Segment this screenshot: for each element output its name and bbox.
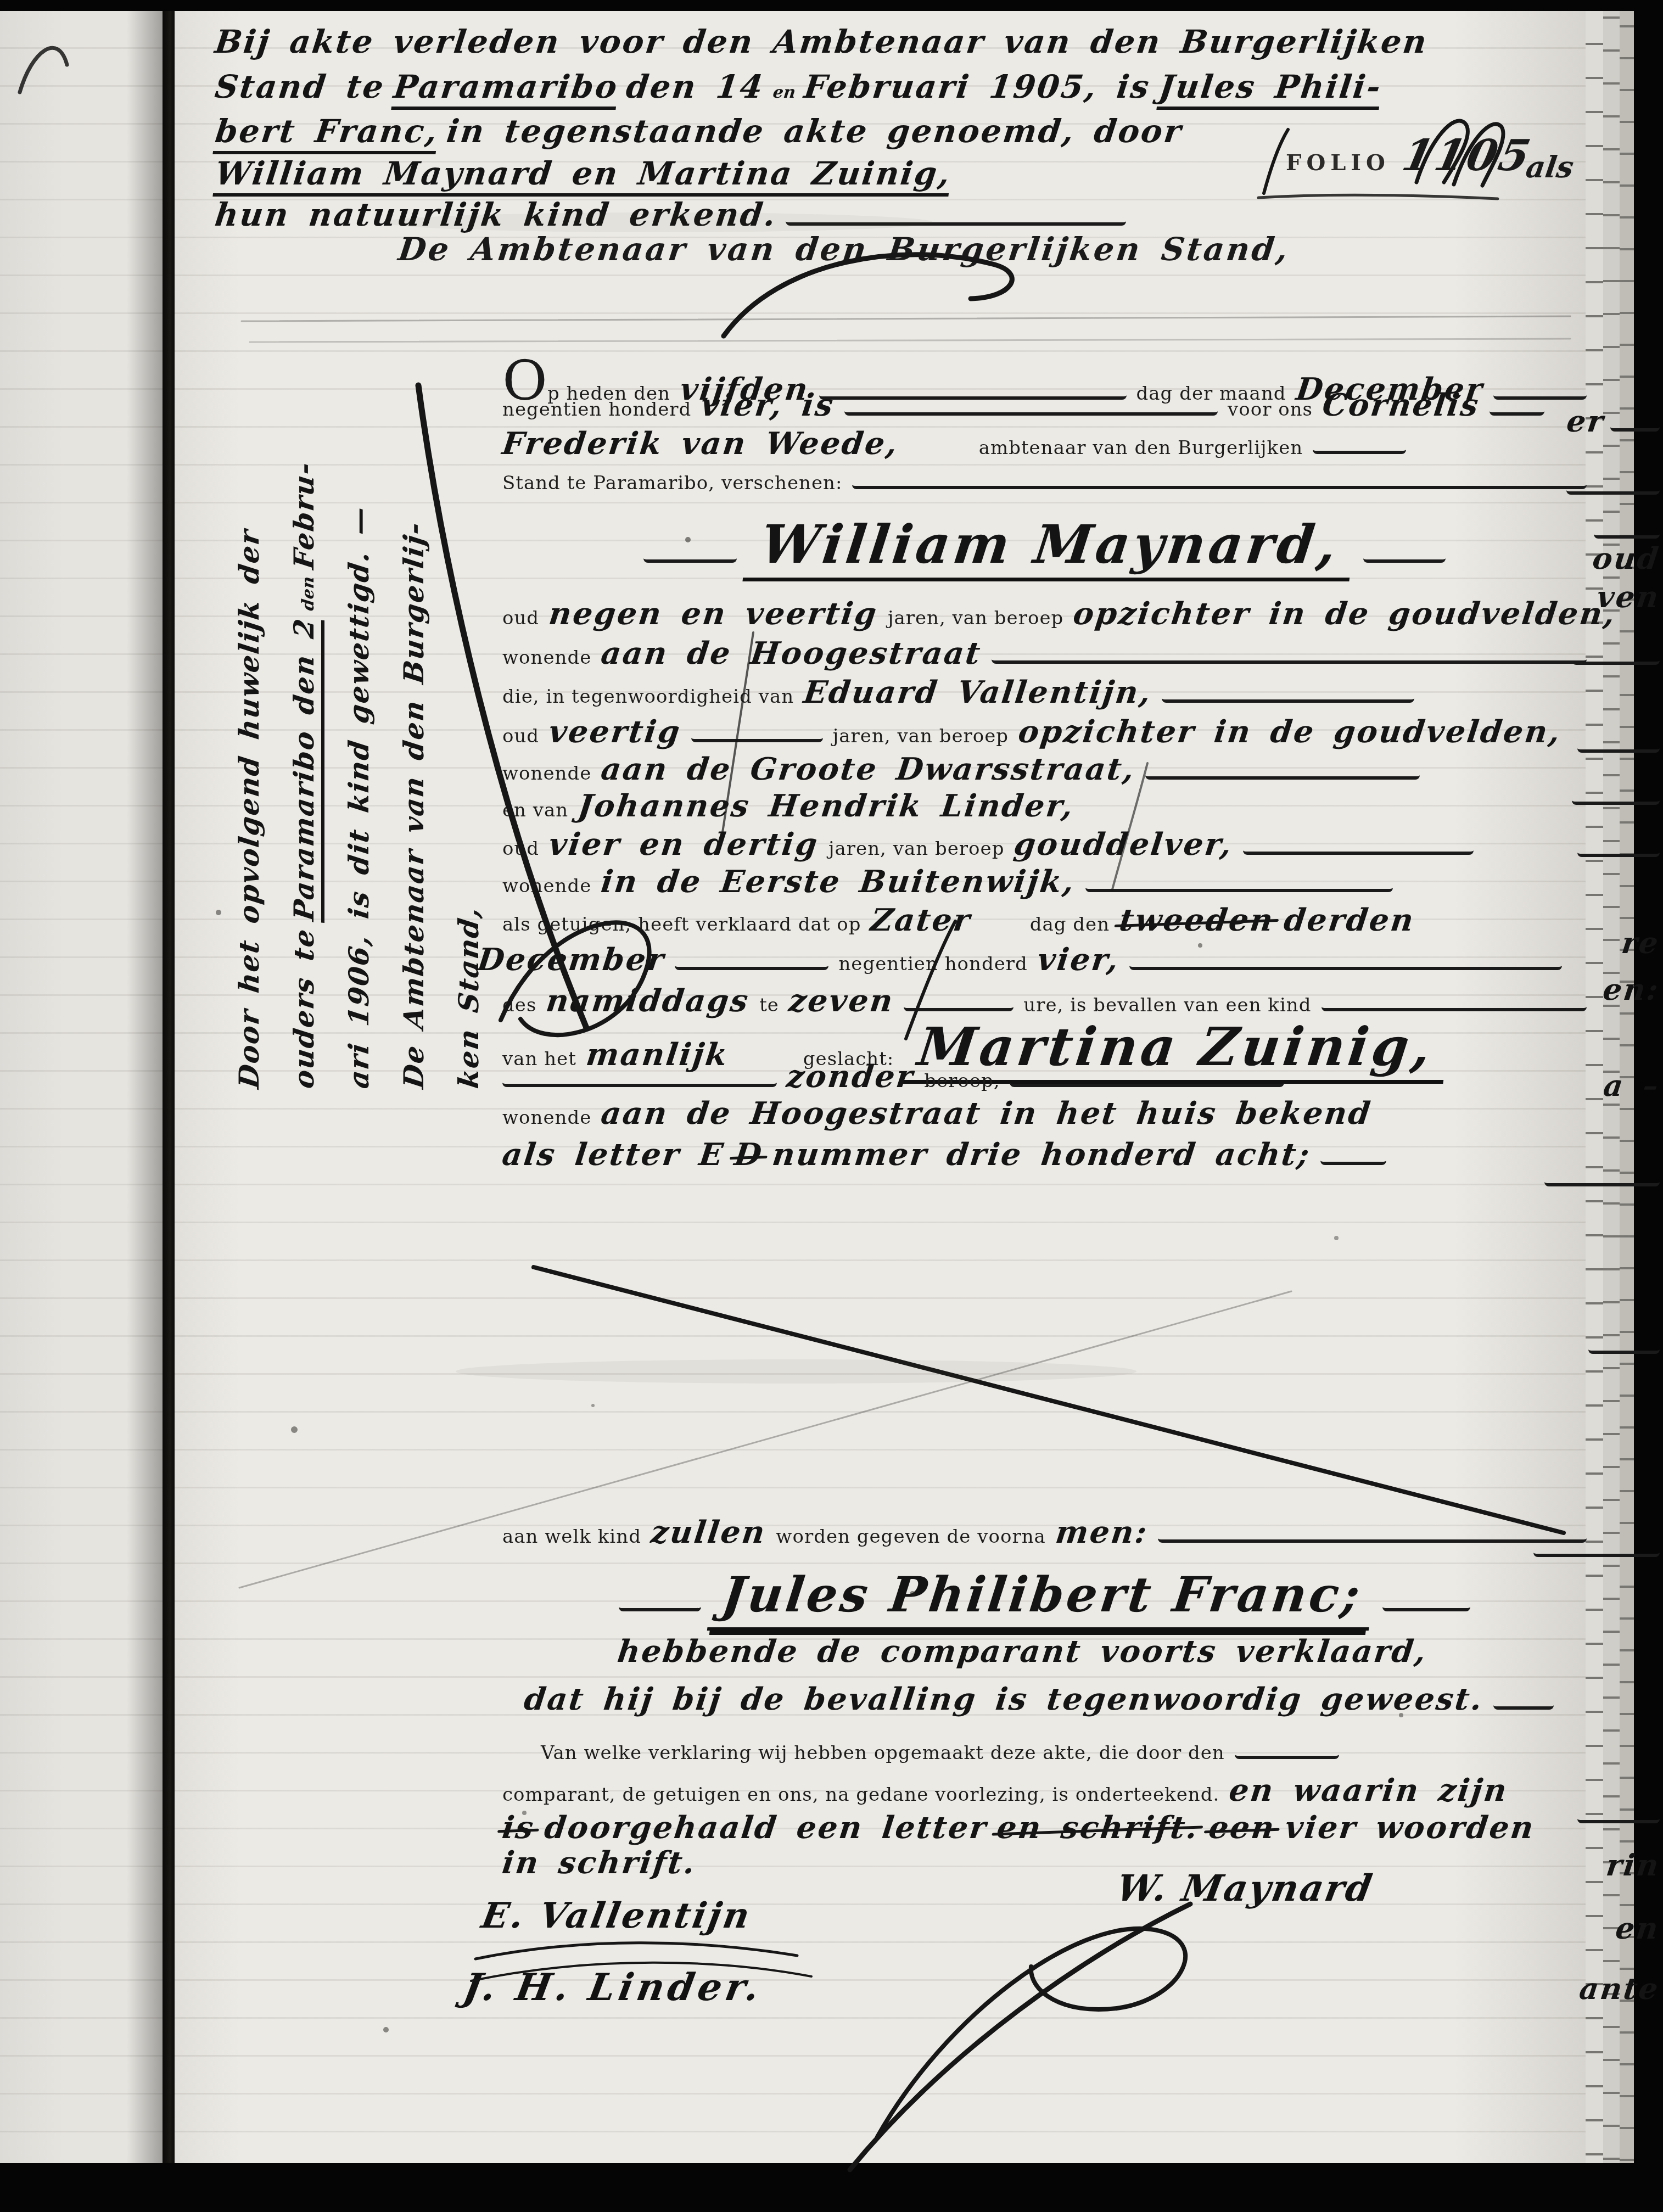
- printed-text: en van: [502, 799, 568, 821]
- handwritten-text: De Ambtenaar van den Burgerlij-: [397, 520, 430, 1090]
- spacer: [982, 926, 1020, 931]
- handwritten-text: zeven: [787, 983, 896, 1019]
- margin-note-line: De Ambtenaar van den Burgerlij-: [397, 358, 452, 1088]
- act-line: isdoorgehaald een letteren schrift.eenvi…: [502, 1810, 1587, 1846]
- previous-page-fragment: [1577, 832, 1660, 857]
- ink-rule: [643, 537, 737, 563]
- act-line: Stand te Paramaribo, verschenen:: [502, 464, 1587, 494]
- ink-rule: [1320, 1140, 1386, 1165]
- printed-text: ambtenaar van den Burgerlijken: [979, 437, 1303, 459]
- officiant-title-line: De Ambtenaar van den Burgerlijken Stand,: [396, 231, 1292, 268]
- handwritten-text: ante: [1578, 1971, 1662, 2006]
- ink-rule: [691, 717, 823, 742]
- previous-page-fragment: en: [1616, 1911, 1660, 1946]
- previous-page-fragment: [1577, 1798, 1660, 1823]
- handwritten-text: en:: [1602, 972, 1662, 1007]
- ink-rule: [1610, 406, 1660, 432]
- handwritten-text: Bij akte verleden voor den Ambtenaar van…: [213, 23, 1430, 60]
- act-line: negentien honderdvier, isvoor onsCorneli…: [502, 387, 1587, 423]
- act-line: oudnegen en veertigjaren, van beroepopzi…: [502, 596, 1587, 632]
- act-line: als getuigen, heeft verklaard dat opZate…: [502, 902, 1587, 938]
- handwritten-text: Februari 1905, is: [802, 68, 1152, 105]
- handwritten-text: aan de Hoogestraat in het huis bekend: [599, 1095, 1374, 1132]
- ink-rule: [619, 1586, 701, 1611]
- handwritten-text: William Maynard en Martina Zuinig,: [212, 155, 953, 197]
- previous-page-fragment: rin: [1606, 1847, 1660, 1883]
- act-line: Jules Philibert Franc;: [502, 1566, 1587, 1631]
- printed-text: wonende: [502, 647, 591, 669]
- handwritten-text: opzichter in de goudvelden,: [1071, 596, 1619, 632]
- previous-page-fragment: ante: [1580, 1971, 1660, 2006]
- handwritten-text: re: [1620, 925, 1662, 960]
- act-line: desnamiddagstezevenure, is bevallen van …: [502, 983, 1587, 1019]
- printed-text: negentien honderd: [502, 399, 691, 421]
- handwritten-text: aan de Groote Dwarsstraat,: [599, 751, 1138, 787]
- ink-rule: [675, 945, 828, 970]
- handwritten-text: vier en dertig: [547, 826, 821, 863]
- signature-linder: J. H. Linder.: [460, 1965, 766, 2009]
- margin-note-line: Door het opvolgend huwelijk der: [233, 358, 288, 1088]
- act-line: Decembernegentien honderdvier,: [478, 942, 1562, 978]
- handwritten-text: vier,: [1035, 942, 1122, 978]
- act-line: wonendeaan de Hoogestraat: [502, 635, 1587, 671]
- handwritten-text: en: [1614, 1911, 1661, 1946]
- spacer: [909, 450, 969, 454]
- handwritten-text: is: [500, 1810, 537, 1846]
- legitimation-margin-note: Door het opvolgend huwelijk derouders te…: [233, 358, 507, 1088]
- act-line: wonendeaan de Groote Dwarsstraat,: [502, 751, 1587, 787]
- ink-rule: [992, 639, 1587, 664]
- act-line: zonderberoep,: [502, 1059, 1587, 1095]
- handwritten-text: den: [299, 575, 318, 612]
- previous-page-fragment: [1588, 1329, 1660, 1354]
- printed-text: voor ons: [1228, 399, 1313, 421]
- handwritten-text: hun natuurlijk kind erkend.: [213, 196, 780, 233]
- handwritten-text: gouddelver,: [1012, 826, 1235, 863]
- printed-text: Stand te Paramaribo, verschenen:: [502, 472, 842, 494]
- handwritten-text: derden: [1282, 902, 1417, 938]
- printed-text: aan welk kind: [502, 1526, 641, 1548]
- signature-vallentijn: E. Vallentijn: [478, 1895, 754, 1936]
- handwritten-text: negen en veertig: [547, 596, 880, 632]
- handwritten-text: zonder: [785, 1059, 916, 1095]
- ink-rule: [844, 390, 1218, 416]
- handwritten-text: tweeden: [1117, 902, 1276, 938]
- handwritten-text: Eduard Vallentijn,: [802, 674, 1154, 710]
- handwritten-text: als letter E: [500, 1136, 727, 1173]
- printed-text: oud: [502, 607, 539, 629]
- printed-text: oud: [502, 838, 539, 860]
- printed-text: jaren, van beroep: [833, 725, 1009, 747]
- previous-page-fragment: [1594, 513, 1660, 539]
- ink-rule: [1577, 1798, 1660, 1823]
- act-line: Frederik van Weede,ambtenaar van den Bur…: [502, 425, 1587, 462]
- handwritten-text: men:: [1054, 1514, 1150, 1550]
- handwritten-text: den 14: [624, 68, 766, 105]
- handwritten-text: opzichter in de goudvelden,: [1016, 714, 1564, 750]
- tn-line: Stand teParamariboden 14enFebruari 1905,…: [215, 68, 1445, 110]
- handwritten-text: hebbende de comparant voorts verklaard,: [615, 1633, 1430, 1670]
- ink-rule: [502, 1062, 777, 1087]
- ink-rule: [1363, 537, 1446, 563]
- handwritten-text: Frederik van Weede,: [500, 425, 901, 462]
- printed-text: die, in tegenwoordigheid van: [502, 686, 794, 708]
- previous-page-fragment: [1577, 727, 1660, 753]
- handwritten-text: aan de Hoogestraat: [599, 635, 984, 671]
- margin-note-line: ken Stand,: [452, 358, 507, 1088]
- act-line: Van welke verklaring wij hebben opgemaak…: [541, 1734, 1625, 1764]
- ink-rule: [1588, 1329, 1660, 1354]
- printed-text: wonende: [502, 763, 591, 785]
- printed-text: jaren, van beroep: [888, 607, 1063, 629]
- handwritten-text: Cornelis: [1320, 387, 1482, 423]
- printed-text: te: [759, 994, 779, 1016]
- ink-rule: [786, 200, 1126, 226]
- ink-rule: [1382, 1586, 1470, 1611]
- printed-text: wonende: [502, 1107, 591, 1129]
- handwritten-text: vier, is: [699, 387, 837, 423]
- handwritten-text: en schrift.: [995, 1810, 1201, 1846]
- previous-page-edge: [0, 11, 163, 2163]
- handwritten-text: in de Eerste Buitenwijk,: [599, 864, 1078, 900]
- handwritten-text: bert Franc,: [212, 113, 440, 154]
- ink-rule: [1322, 986, 1587, 1011]
- handwritten-text: Zater: [869, 902, 973, 938]
- ink-rule: [1577, 727, 1660, 753]
- ink-rule: [1145, 754, 1420, 780]
- previous-page-fragment: oud: [1593, 541, 1660, 576]
- folio-number: 1105: [1398, 131, 1536, 181]
- act-line: William Maynard,: [502, 513, 1587, 581]
- handwritten-text: D: [732, 1136, 765, 1173]
- act-line: in schrift.: [502, 1845, 1587, 1881]
- act-line: comparant, de getuigen en ons, na gedane…: [502, 1772, 1587, 1808]
- handwritten-text: rin: [1604, 1847, 1662, 1883]
- ink-rule: [1158, 1517, 1587, 1543]
- printed-text: negentien honderd: [838, 953, 1027, 975]
- folio-stamp-label: FOLIO: [1286, 150, 1390, 176]
- printed-text: des: [502, 994, 536, 1016]
- handwritten-text: Johannes Hendrik Linder,: [576, 788, 1077, 824]
- act-line: wonendein de Eerste Buitenwijk,: [502, 864, 1587, 900]
- act-line: oudvier en dertigjaren, van beroepgoudde…: [502, 826, 1587, 863]
- act-line: aan welk kindzullenworden gegeven de voo…: [502, 1514, 1587, 1550]
- handwritten-text: veertig: [547, 714, 684, 750]
- act-line: hebbende de comparant voorts verklaard,: [618, 1633, 1663, 1670]
- printed-text: oud: [502, 725, 539, 747]
- handwritten-text: namiddags: [544, 983, 752, 1019]
- ink-rule: [852, 464, 1587, 489]
- handwritten-text: William Maynard,: [743, 513, 1358, 581]
- signature-maynard: W. Maynard: [1113, 1867, 1376, 1909]
- handwritten-text: zullen: [649, 1514, 769, 1550]
- act-line: en vanJohannes Hendrik Linder,: [502, 788, 1587, 824]
- tn-line: William Maynard en Martina Zuinig,: [215, 155, 1445, 197]
- handwritten-text: ken Stand,: [452, 905, 485, 1090]
- handwritten-text: Paramaribo den 2: [288, 616, 324, 923]
- handwritten-text: Paramaribo: [391, 68, 620, 110]
- tn-line: Bij akte verleden voor den Ambtenaar van…: [215, 23, 1445, 60]
- act-line: wonendeaan de Hoogestraat in het huis be…: [502, 1095, 1587, 1132]
- printed-text: beroep,: [924, 1070, 1000, 1092]
- handwritten-text: Febru-: [288, 460, 320, 570]
- act-line: die, in tegenwoordigheid vanEduard Valle…: [502, 674, 1587, 710]
- margin-note-line: ouders teParamaribo den 2denFebru-: [288, 358, 343, 1088]
- book-gutter: [163, 11, 175, 2163]
- printed-text: wonende: [502, 875, 591, 897]
- handwritten-text: a –: [1602, 1068, 1662, 1103]
- printed-text: jaren, van beroep: [828, 838, 1004, 860]
- handwritten-text: Jules Phili-: [1156, 68, 1384, 110]
- handwritten-text: ouders te: [288, 926, 320, 1090]
- handwritten-text: oud: [1591, 541, 1662, 576]
- act-line: dat hij bij de bevalling is tegenwoordig…: [524, 1681, 1609, 1717]
- printed-text: als getuigen, heeft verklaard dat op: [502, 914, 861, 936]
- ink-rule: [1243, 830, 1474, 855]
- ink-rule: [1493, 1684, 1554, 1710]
- ink-rule: [1235, 1734, 1339, 1759]
- handwritten-text: in tegenstaande akte genoemd, door: [445, 113, 1185, 150]
- printed-text: dag den: [1030, 914, 1110, 936]
- ink-rule: [904, 986, 1014, 1011]
- page-stack-edge: [1586, 11, 1603, 2163]
- handwritten-text: vier woorden: [1283, 1810, 1537, 1846]
- handwritten-text: en waarin zijn: [1227, 1772, 1510, 1808]
- ink-rule: [1129, 945, 1562, 970]
- act-line: als letter EDnummer drie honderd acht;: [502, 1136, 1587, 1173]
- document-scan: eroudvenreen:a –rinenante Bij akte verle…: [0, 0, 1663, 2212]
- handwritten-text: doorgehaald een letter: [542, 1810, 990, 1846]
- folio-stamp: FOLIO 1105: [1286, 131, 1531, 181]
- printed-text: Van welke verklaring wij hebben opgemaak…: [541, 1742, 1225, 1764]
- handwritten-text: in schrift.: [500, 1845, 698, 1881]
- ink-rule: [1313, 429, 1406, 454]
- handwritten-text: ari 1906, is dit kind gewettigd. —: [343, 504, 375, 1090]
- printed-text: worden gegeven de voorna: [776, 1526, 1045, 1548]
- handwritten-text: een: [1207, 1810, 1278, 1846]
- margin-als-word: als: [1524, 149, 1576, 184]
- ink-rule: [1577, 832, 1660, 857]
- previous-page-fragment: re: [1622, 925, 1660, 960]
- handwritten-text: dat hij bij de bevalling is tegenwoordig…: [522, 1681, 1486, 1717]
- tn-line: hun natuurlijk kind erkend.: [215, 196, 1445, 233]
- previous-page-fragment: en:: [1603, 972, 1660, 1007]
- ink-rule: [1162, 677, 1414, 703]
- handwritten-text: Jules Philibert Franc;: [707, 1566, 1377, 1631]
- ink-rule: [1085, 867, 1393, 892]
- previous-page-fragment: a –: [1604, 1068, 1660, 1103]
- ink-rule: [1010, 1062, 1284, 1087]
- act-line: oudveertigjaren, van beroepopzichter in …: [502, 714, 1587, 750]
- handwritten-text: Stand te: [213, 68, 387, 105]
- printed-text: comparant, de getuigen en ons, na gedane…: [502, 1784, 1219, 1806]
- printed-text: ure, is bevallen van een kind: [1023, 994, 1311, 1016]
- handwritten-text: Door het opvolgend huwelijk der: [233, 527, 265, 1090]
- ink-rule: [1490, 390, 1544, 416]
- tn-line: bert Franc,in tegenstaande akte genoemd,…: [215, 113, 1445, 154]
- handwritten-text: nummer drie honderd acht;: [770, 1136, 1313, 1173]
- margin-note-line: ari 1906, is dit kind gewettigd. —: [343, 358, 397, 1088]
- handwritten-text: en: [772, 83, 797, 102]
- ink-rule: [1594, 513, 1660, 539]
